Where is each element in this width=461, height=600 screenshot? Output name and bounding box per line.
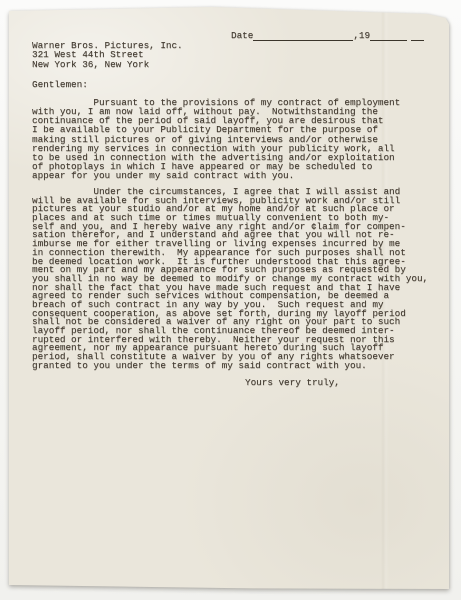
letter-line: granted to you under the terms of my sai…	[32, 362, 428, 371]
paragraph-1: Pursuant to the provisions of my contrac…	[32, 98, 400, 180]
year-blank-line	[370, 30, 407, 41]
letter-document-wrap: Date,19 Warner Bros. Pictures, Inc.321 W…	[9, 6, 449, 589]
letter-line: appear for you under my said contract wi…	[32, 171, 400, 180]
date-year-prefix: ,19	[353, 30, 370, 41]
letter-document: Date,19 Warner Bros. Pictures, Inc.321 W…	[9, 6, 449, 589]
recipient-address: Warner Bros. Pictures, Inc.321 West 44th…	[32, 41, 183, 69]
year-blank-line-2	[411, 30, 424, 41]
closing: Yours very truly,	[245, 377, 340, 388]
date-line: Date,19	[231, 29, 424, 41]
date-label: Date	[231, 30, 253, 41]
date-blank-line	[253, 30, 353, 41]
photo-background: Date,19 Warner Bros. Pictures, Inc.321 W…	[0, 0, 461, 600]
letter-line: New York 36, New York	[32, 60, 183, 69]
salutation: Gentlemen:	[32, 79, 88, 90]
paragraph-2: Under the circumstances, I agree that I …	[32, 188, 428, 370]
